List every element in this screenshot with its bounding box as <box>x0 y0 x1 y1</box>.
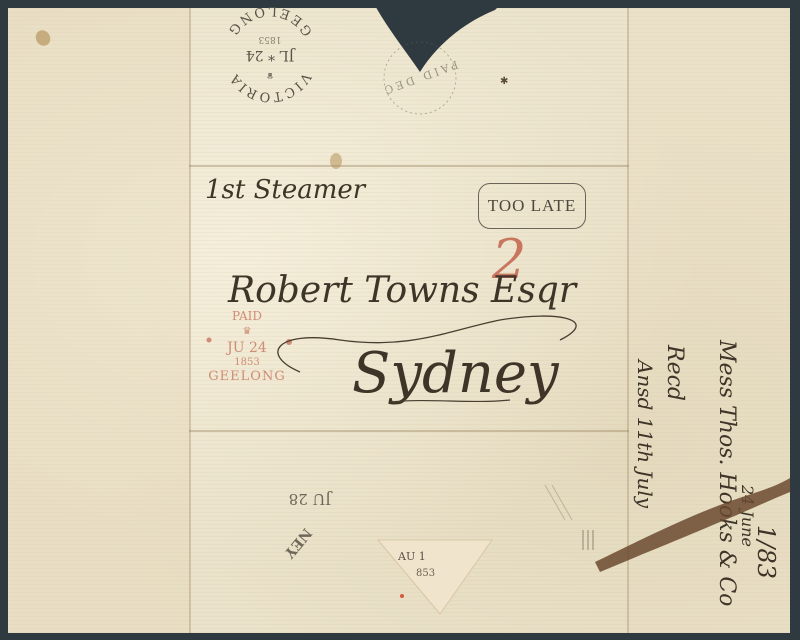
docket: Mess Thos. Hooks & Co 24 June <box>714 339 757 606</box>
postmark-geelong-victoria-bottom: GEELONG <box>224 3 316 39</box>
docket-answered: Ansd 11th July <box>633 358 657 509</box>
docket-line4: Ansd 11th July <box>633 358 657 509</box>
postmark-geelong-victoria: VICTORIA GEELONG ♛ JL * 24 1853 <box>224 3 316 105</box>
postmark-sydney-arrival: JU 28 NEY <box>280 490 333 562</box>
postmark-geelong-victoria-year: 1853 <box>258 34 281 44</box>
pencil-ticks <box>583 530 593 550</box>
crown-icon: ♛ <box>243 326 252 337</box>
postmark-paid-geelong: PAID ♛ JU 24 1853 GEELONG <box>207 309 293 384</box>
flap-postmark-fragment: 853 <box>416 568 435 579</box>
postmark-sydney-date: JU 28 <box>289 490 334 508</box>
docket-line3: Recd <box>662 344 687 401</box>
postmark-paid-label: PAID <box>232 309 262 323</box>
postmark-paid-year: 1853 <box>234 357 259 368</box>
asterisk-mark: ✱ <box>500 76 508 87</box>
postmark-top-partial-text: PAID DEC <box>380 58 460 98</box>
postmark-paid-place: GEELONG <box>208 369 285 384</box>
docket-number-group: 1/83 <box>752 525 780 579</box>
docket-line1: Mess Thos. Hooks & Co <box>714 339 739 606</box>
postmark-top-partial: PAID DEC <box>370 30 470 125</box>
docket-received: Recd <box>662 344 687 401</box>
too-late-handstamp: TOO LATE <box>478 183 586 229</box>
postmark-sydney-place: NEY <box>280 525 314 562</box>
docket-number: 1/83 <box>752 525 780 579</box>
flap-postmark-text: AU 1 <box>397 550 426 563</box>
crown-icon: ♛ <box>266 71 273 80</box>
svg-text:GEELONG: GEELONG <box>224 3 316 39</box>
destination: Sydney <box>352 341 560 406</box>
pencil-marks <box>545 485 572 520</box>
postmark-geelong-victoria-date: JL * 24 <box>246 47 297 63</box>
addressee: Robert Towns Esqr <box>227 270 578 311</box>
seal-flap: AU 1 853 <box>376 538 496 618</box>
postmark-paid-date: JU 24 <box>225 340 267 356</box>
route-note: 1st Steamer <box>205 175 367 205</box>
